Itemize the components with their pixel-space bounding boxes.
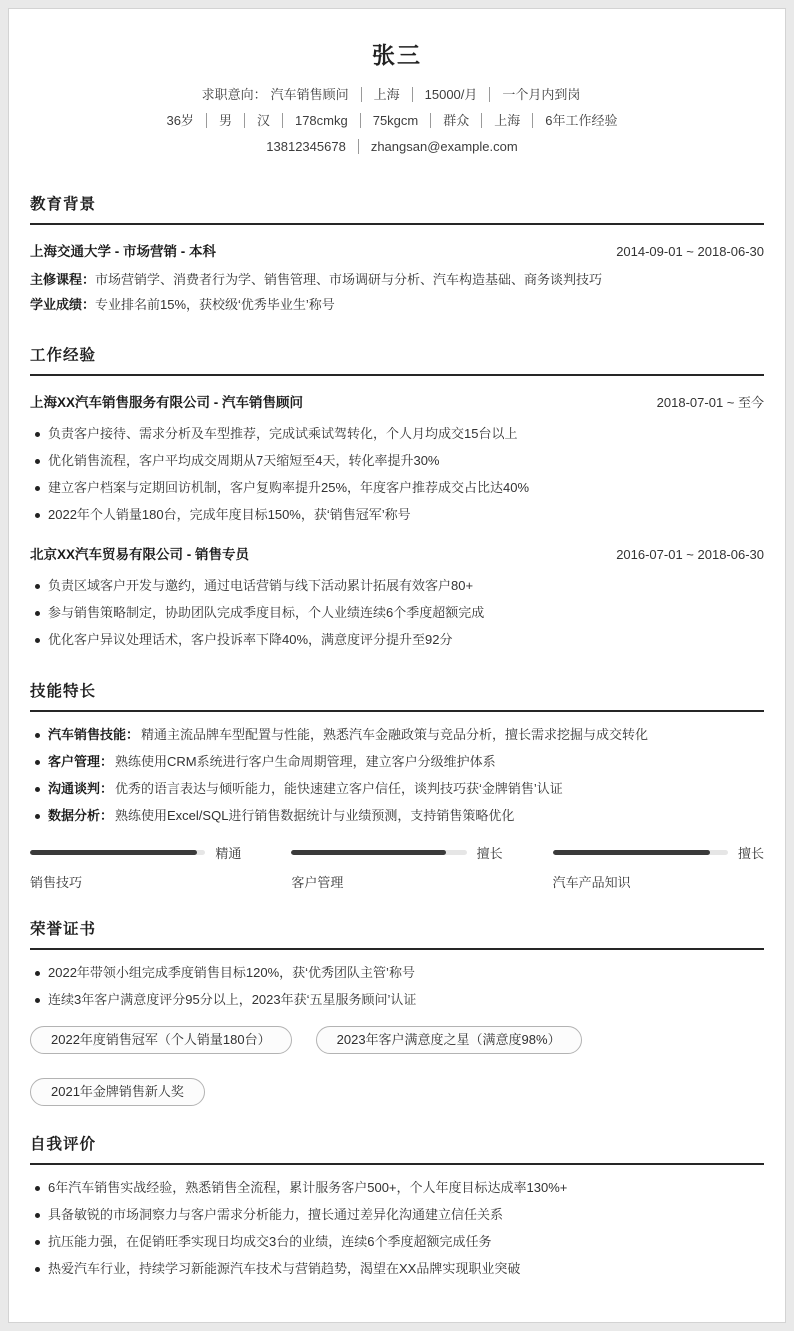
section-honors: 荣誉证书 2022年带领小组完成季度销售目标120%，获‘优秀团队主管’称号连续… <box>30 917 764 1106</box>
skill-bullet: 沟通谈判：优秀的语言表达与倾听能力，能快速建立客户信任，谈判技巧获‘金牌销售’认… <box>30 775 764 802</box>
job-bullet-list: 负责客户接待、需求分析及车型推荐，完成试乘试驾转化，个人月均成交15台以上优化销… <box>30 420 764 528</box>
skill-bullet-text: 熟练使用CRM系统进行客户生命周期管理，建立客户分级维护体系 <box>115 754 496 769</box>
skill-bullet-text: 精通主流品牌车型配置与性能，熟悉汽车金融政策与竞品分析，擅长需求挖掘与成交转化 <box>141 727 648 742</box>
skill-bar-row: 擅长 <box>291 843 502 862</box>
honor-badge: 2021年金牌销售新人奖 <box>30 1078 205 1106</box>
education-date-range: 2014-09-01 ~ 2018-06-30 <box>616 244 764 259</box>
personal-info-item: 汉 <box>244 113 282 128</box>
personal-info-item: 75kgcm <box>360 113 431 128</box>
job-date-range: 2016-07-01 ~ 2018-06-30 <box>616 547 764 562</box>
job-intent-item: 15000/月 <box>412 87 490 102</box>
job-entry: 北京XX汽车贸易有限公司 - 销售专员 2016-07-01 ~ 2018-06… <box>30 543 764 653</box>
skill-bar-track <box>553 850 728 855</box>
education-entry-head: 上海交通大学 - 市场营销 - 本科 2014-09-01 ~ 2018-06-… <box>30 240 764 260</box>
skill-bar-track <box>30 850 205 855</box>
skill-meter: 精通 销售技巧 <box>30 843 241 891</box>
job-entry: 上海XX汽车销售服务有限公司 - 汽车销售顾问 2018-07-01 ~ 至今 … <box>30 391 764 528</box>
section-title-self-eval: 自我评价 <box>30 1132 764 1154</box>
education-school-degree: 上海交通大学 - 市场营销 - 本科 <box>30 240 216 260</box>
job-date-range: 2018-07-01 ~ 至今 <box>657 392 764 411</box>
honor-bullet-list: 2022年带领小组完成季度销售目标120%，获‘优秀团队主管’称号连续3年客户满… <box>30 959 764 1013</box>
education-detail-label: 学业成绩： <box>30 297 95 312</box>
skill-bar-fill <box>291 850 445 855</box>
section-work: 工作经验 上海XX汽车销售服务有限公司 - 汽车销售顾问 2018-07-01 … <box>30 343 764 653</box>
skill-name-label: 汽车产品知识 <box>553 872 764 891</box>
section-self-eval: 自我评价 6年汽车销售实战经验，熟悉销售全流程，累计服务客户500+，个人年度目… <box>30 1132 764 1282</box>
contact-item: zhangsan@example.com <box>358 139 530 154</box>
candidate-name: 张三 <box>30 37 764 70</box>
resume-header: 张三 求职意向：汽车销售顾问上海15000/月一个月内到岗 36岁男汉178cm… <box>30 37 764 160</box>
honor-bullet: 连续3年客户满意度评分95分以上，2023年获‘五星服务顾问’认证 <box>30 986 764 1013</box>
section-education: 教育背景 上海交通大学 - 市场营销 - 本科 2014-09-01 ~ 201… <box>30 192 764 317</box>
self-eval-bullet: 6年汽车销售实战经验，熟悉销售全流程，累计服务客户500+，个人年度目标达成率1… <box>30 1174 764 1201</box>
skill-bar-fill <box>553 850 711 855</box>
skill-bullet-text: 优秀的语言表达与倾听能力，能快速建立客户信任，谈判技巧获‘金牌销售’认证 <box>115 781 563 796</box>
job-bullet: 负责区域客户开发与邀约，通过电话营销与线下活动累计拓展有效客户80+ <box>30 572 764 599</box>
skill-name-label: 客户管理 <box>291 872 502 891</box>
resume-card: 张三 求职意向：汽车销售顾问上海15000/月一个月内到岗 36岁男汉178cm… <box>8 8 786 1323</box>
section-skills: 技能特长 汽车销售技能：精通主流品牌车型配置与性能，熟悉汽车金融政策与竞品分析，… <box>30 679 764 891</box>
self-eval-bullet: 抗压能力强，在促销旺季实现日均成交3台的业绩，连续6个季度超额完成任务 <box>30 1228 764 1255</box>
self-eval-bullet: 具备敏锐的市场洞察力与客户需求分析能力，擅长通过差异化沟通建立信任关系 <box>30 1201 764 1228</box>
skill-bullet-text: 熟练使用Excel/SQL进行销售数据统计与业绩预测，支持销售策略优化 <box>115 808 514 823</box>
education-detail-rows: 主修课程：市场营销学、消费者行为学、销售管理、市场调研与分析、汽车构造基础、商务… <box>30 267 764 317</box>
job-bullet-list: 负责区域客户开发与邀约，通过电话营销与线下活动累计拓展有效客户80+参与销售策略… <box>30 572 764 653</box>
job-company-role: 上海XX汽车销售服务有限公司 - 汽车销售顾问 <box>30 391 303 411</box>
skill-meter: 擅长 汽车产品知识 <box>553 843 764 891</box>
section-title-education: 教育背景 <box>30 192 764 214</box>
job-bullet: 负责客户接待、需求分析及车型推荐，完成试乘试驾转化，个人月均成交15台以上 <box>30 420 764 447</box>
job-bullet: 优化销售流程，客户平均成交周期从7天缩短至4天，转化率提升30% <box>30 447 764 474</box>
job-bullet: 2022年个人销量180台，完成年度目标150%，获‘销售冠军’称号 <box>30 501 764 528</box>
skill-name-label: 销售技巧 <box>30 872 241 891</box>
skill-bar-row: 精通 <box>30 843 241 862</box>
skill-bullet-label: 汽车销售技能： <box>48 727 141 742</box>
personal-info-item: 36岁 <box>164 113 205 128</box>
education-detail-label: 主修课程： <box>30 272 95 287</box>
skill-level-label: 擅长 <box>738 843 764 862</box>
education-detail-text: 专业排名前15%，获校级‘优秀毕业生’称号 <box>95 297 335 312</box>
section-divider <box>30 1163 764 1165</box>
job-intent-label: 求职意向： <box>202 87 269 102</box>
skill-bar-track <box>291 850 466 855</box>
contact-item: 13812345678 <box>264 139 358 154</box>
job-bullet: 建立客户档案与定期回访机制，客户复购率提升25%，年度客户推荐成交占比达40% <box>30 474 764 501</box>
honor-badge: 2023年客户满意度之星（满意度98%） <box>316 1026 582 1054</box>
personal-info-item: 178cmkg <box>282 113 360 128</box>
self-eval-bullet: 热爱汽车行业，持续学习新能源汽车技术与营销趋势，渴望在XX品牌实现职业突破 <box>30 1255 764 1282</box>
skill-bullet-label: 沟通谈判： <box>48 781 115 796</box>
personal-info-item: 上海 <box>481 113 532 128</box>
job-bullet: 参与销售策略制定，协助团队完成季度目标，个人业绩连续6个季度超额完成 <box>30 599 764 626</box>
job-intent-items: 汽车销售顾问上海15000/月一个月内到岗 <box>269 87 593 102</box>
section-divider <box>30 948 764 950</box>
job-company-role: 北京XX汽车贸易有限公司 - 销售专员 <box>30 543 249 563</box>
section-title-honors: 荣誉证书 <box>30 917 764 939</box>
personal-info-item: 男 <box>206 113 244 128</box>
education-detail-text: 市场营销学、消费者行为学、销售管理、市场调研与分析、汽车构造基础、商务谈判技巧 <box>95 272 602 287</box>
personal-info-item: 群众 <box>430 113 481 128</box>
honor-badge: 2022年度销售冠军（个人销量180台） <box>30 1026 292 1054</box>
education-detail-row: 学业成绩：专业排名前15%，获校级‘优秀毕业生’称号 <box>30 292 764 317</box>
self-eval-bullet-list: 6年汽车销售实战经验，熟悉销售全流程，累计服务客户500+，个人年度目标达成率1… <box>30 1174 764 1282</box>
skill-bullet: 汽车销售技能：精通主流品牌车型配置与性能，熟悉汽车金融政策与竞品分析，擅长需求挖… <box>30 721 764 748</box>
personal-info-line: 36岁男汉178cmkg75kgcm群众上海6年工作经验 <box>30 108 764 134</box>
skill-bar-row: 擅长 <box>553 843 764 862</box>
job-intent-item: 一个月内到岗 <box>489 87 592 102</box>
section-divider <box>30 374 764 376</box>
job-intent-item: 汽车销售顾问 <box>269 87 361 102</box>
honor-badge-row: 2022年度销售冠军（个人销量180台）2023年客户满意度之星（满意度98%）… <box>30 1026 764 1106</box>
skill-meter-row: 精通 销售技巧 擅长 客户管理 <box>30 843 764 891</box>
job-intent-item: 上海 <box>361 87 412 102</box>
personal-info-item: 6年工作经验 <box>532 113 629 128</box>
skill-bullet: 数据分析：熟练使用Excel/SQL进行销售数据统计与业绩预测，支持销售策略优化 <box>30 802 764 829</box>
job-intent-line: 求职意向：汽车销售顾问上海15000/月一个月内到岗 <box>30 82 764 108</box>
contact-line: 13812345678zhangsan@example.com <box>30 134 764 160</box>
section-title-work: 工作经验 <box>30 343 764 365</box>
section-title-skills: 技能特长 <box>30 679 764 701</box>
honor-bullet: 2022年带领小组完成季度销售目标120%，获‘优秀团队主管’称号 <box>30 959 764 986</box>
skill-bar-fill <box>30 850 197 855</box>
job-entry-head: 上海XX汽车销售服务有限公司 - 汽车销售顾问 2018-07-01 ~ 至今 <box>30 391 764 411</box>
skill-level-label: 精通 <box>215 843 241 862</box>
job-entry-head: 北京XX汽车贸易有限公司 - 销售专员 2016-07-01 ~ 2018-06… <box>30 543 764 563</box>
skill-bullet-list: 汽车销售技能：精通主流品牌车型配置与性能，熟悉汽车金融政策与竞品分析，擅长需求挖… <box>30 721 764 829</box>
skill-meter: 擅长 客户管理 <box>291 843 502 891</box>
skill-level-label: 擅长 <box>477 843 503 862</box>
skill-bullet: 客户管理：熟练使用CRM系统进行客户生命周期管理，建立客户分级维护体系 <box>30 748 764 775</box>
section-divider <box>30 710 764 712</box>
skill-bullet-label: 客户管理： <box>48 754 115 769</box>
education-detail-row: 主修课程：市场营销学、消费者行为学、销售管理、市场调研与分析、汽车构造基础、商务… <box>30 267 764 292</box>
job-bullet: 优化客户异议处理话术，客户投诉率下降40%，满意度评分提升至92分 <box>30 626 764 653</box>
skill-bullet-label: 数据分析： <box>48 808 115 823</box>
section-divider <box>30 223 764 225</box>
